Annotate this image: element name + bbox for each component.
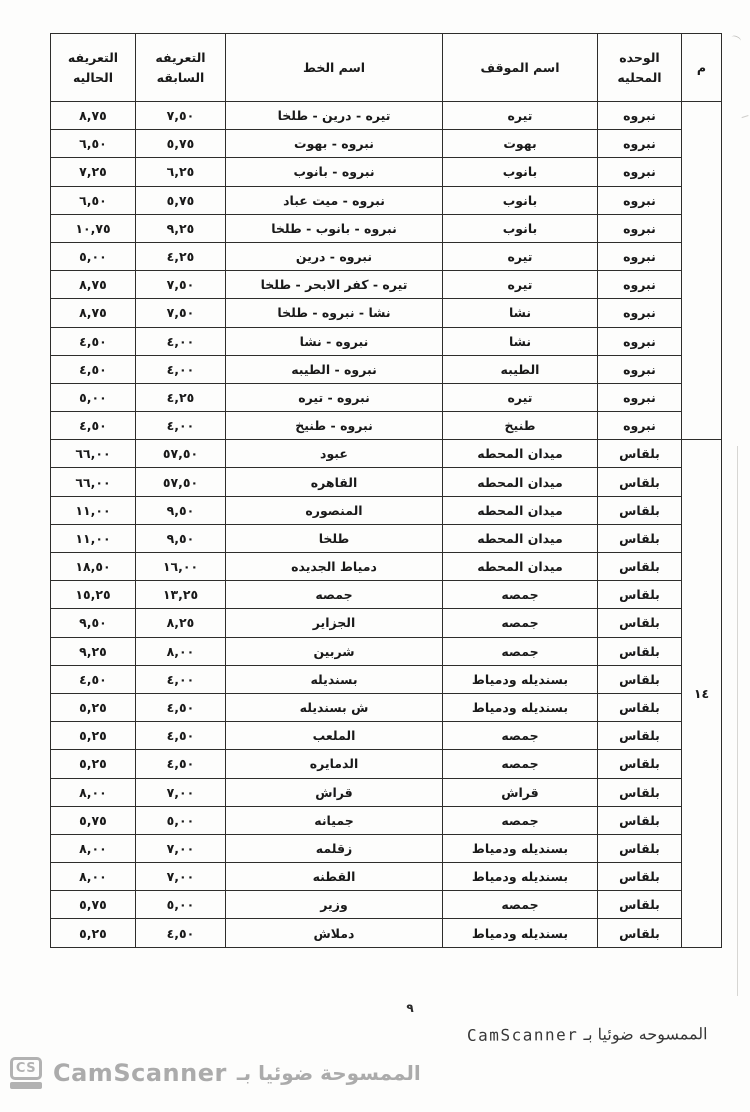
table-row: بلقاسميدان المحطهالمنصوره٩,٥٠١١,٠٠ bbox=[51, 496, 722, 524]
cell-line-name: نبروه - نشا bbox=[226, 327, 443, 355]
cell-local-unit: بلقاس bbox=[598, 722, 682, 750]
cs-logo-base bbox=[10, 1082, 42, 1089]
table-row: بلقاسجمصهشربين٨,٠٠٩,٢٥ bbox=[51, 637, 722, 665]
tariff-table: م الوحده المحليه اسم الموقف اسم الخط الت… bbox=[50, 33, 722, 948]
cell-current-tariff: ٥,٢٥ bbox=[51, 750, 136, 778]
cell-previous-tariff: ٤,٠٠ bbox=[136, 412, 226, 440]
cell-line-name: نبروه - بانوب - طلخا bbox=[226, 214, 443, 242]
header-local-unit: الوحده المحليه bbox=[598, 34, 682, 102]
cell-line-name: الجزاير bbox=[226, 609, 443, 637]
cell-previous-tariff: ٩,٥٠ bbox=[136, 524, 226, 552]
cell-line-name: شربين bbox=[226, 637, 443, 665]
cell-line-name: نبروه - ميت عباد bbox=[226, 186, 443, 214]
header-index: م bbox=[682, 34, 722, 102]
table-header-row: م الوحده المحليه اسم الموقف اسم الخط الت… bbox=[51, 34, 722, 102]
cell-stop-name: الطيبه bbox=[443, 355, 598, 383]
handwritten-arabic-text: الممسوحه ضوئيا بـ bbox=[584, 1024, 708, 1044]
cell-current-tariff: ٨,٠٠ bbox=[51, 778, 136, 806]
cell-previous-tariff: ٤,٥٠ bbox=[136, 750, 226, 778]
cell-previous-tariff: ٤,٢٥ bbox=[136, 242, 226, 270]
table-row: نبروهبهوتنبروه - بهوت٥,٧٥٦,٥٠ bbox=[51, 130, 722, 158]
cell-current-tariff: ٨,٠٠ bbox=[51, 863, 136, 891]
cell-local-unit: نبروه bbox=[598, 186, 682, 214]
cell-current-tariff: ١٨,٥٠ bbox=[51, 553, 136, 581]
table-row: بلقاسبسنديله ودمياطبسنديله٤,٠٠٤,٥٠ bbox=[51, 665, 722, 693]
cell-line-name: تيره - درين - طلخا bbox=[226, 102, 443, 130]
cell-current-tariff: ٥,٠٠ bbox=[51, 383, 136, 411]
handwritten-watermark: الممسوحه ضوئيا بـ CamScanner bbox=[467, 1024, 708, 1045]
cell-line-name: نبروه - بهوت bbox=[226, 130, 443, 158]
cell-stop-name: تيره bbox=[443, 242, 598, 270]
cell-stop-name: ميدان المحطه bbox=[443, 496, 598, 524]
cell-previous-tariff: ٥٧,٥٠ bbox=[136, 440, 226, 468]
cell-line-name: دمياط الجديده bbox=[226, 553, 443, 581]
cell-local-unit: بلقاس bbox=[598, 524, 682, 552]
cell-local-unit: نبروه bbox=[598, 355, 682, 383]
cell-current-tariff: ٥,٢٥ bbox=[51, 722, 136, 750]
cell-stop-name: تيره bbox=[443, 383, 598, 411]
table-row: نبروهالطيبهنبروه - الطيبه٤,٠٠٤,٥٠ bbox=[51, 355, 722, 383]
cell-current-tariff: ٤,٥٠ bbox=[51, 665, 136, 693]
cell-stop-name: جمصه bbox=[443, 750, 598, 778]
cell-line-name: بسنديله bbox=[226, 665, 443, 693]
cell-line-name: المنصوره bbox=[226, 496, 443, 524]
cell-current-tariff: ٥,٠٠ bbox=[51, 242, 136, 270]
cell-line-name: الملعب bbox=[226, 722, 443, 750]
cell-current-tariff: ٤,٥٠ bbox=[51, 327, 136, 355]
cell-stop-name: بسنديله ودمياط bbox=[443, 665, 598, 693]
cell-line-name: دملاش bbox=[226, 919, 443, 947]
cell-current-tariff: ٨,٧٥ bbox=[51, 299, 136, 327]
cell-previous-tariff: ٤,٠٠ bbox=[136, 327, 226, 355]
header-line-name: اسم الخط bbox=[226, 34, 443, 102]
table-row: بلقاسبسنديله ودمياطالقطنه٧,٠٠٨,٠٠ bbox=[51, 863, 722, 891]
cell-stop-name: جمصه bbox=[443, 581, 598, 609]
cell-previous-tariff: ٩,٢٥ bbox=[136, 214, 226, 242]
cell-current-tariff: ٥,٧٥ bbox=[51, 891, 136, 919]
cell-local-unit: بلقاس bbox=[598, 496, 682, 524]
cell-local-unit: بلقاس bbox=[598, 637, 682, 665]
cell-line-name: طلخا bbox=[226, 524, 443, 552]
cell-local-unit: نبروه bbox=[598, 102, 682, 130]
cell-local-unit: نبروه bbox=[598, 412, 682, 440]
cell-stop-name: نشا bbox=[443, 299, 598, 327]
cell-local-unit: نبروه bbox=[598, 242, 682, 270]
cell-current-tariff: ٧,٢٥ bbox=[51, 158, 136, 186]
cell-stop-name: بسنديله ودمياط bbox=[443, 863, 598, 891]
cell-previous-tariff: ٧,٠٠ bbox=[136, 863, 226, 891]
cell-previous-tariff: ٤,٥٠ bbox=[136, 919, 226, 947]
table-row: بلقاسجمصهالدمايره٤,٥٠٥,٢٥ bbox=[51, 750, 722, 778]
cell-local-unit: بلقاس bbox=[598, 891, 682, 919]
cell-line-name: نبروه - تيره bbox=[226, 383, 443, 411]
table-row: بلقاسجمصهالملعب٤,٥٠٥,٢٥ bbox=[51, 722, 722, 750]
pencil-mark bbox=[730, 34, 742, 44]
cell-stop-name: طنيخ bbox=[443, 412, 598, 440]
cell-stop-name: بهوت bbox=[443, 130, 598, 158]
footer-arabic-text: الممسوحة ضوئيا بـ bbox=[237, 1061, 421, 1085]
table-row: نبروهتيرهتيره - درين - طلخا٧,٥٠٨,٧٥ bbox=[51, 102, 722, 130]
cell-stop-name: جمصه bbox=[443, 806, 598, 834]
cell-stop-name: تيره bbox=[443, 271, 598, 299]
table-row: بلقاسجمصهجمصه١٣,٢٥١٥,٢٥ bbox=[51, 581, 722, 609]
cell-stop-name: جمصه bbox=[443, 891, 598, 919]
table-row: بلقاسجمصهالجزاير٨,٢٥٩,٥٠ bbox=[51, 609, 722, 637]
table-row: نبروهتيرهنبروه - تيره٤,٢٥٥,٠٠ bbox=[51, 383, 722, 411]
cell-stop-name: ميدان المحطه bbox=[443, 468, 598, 496]
cell-local-unit: نبروه bbox=[598, 271, 682, 299]
cell-previous-tariff: ٧,٥٠ bbox=[136, 271, 226, 299]
table-row: نبروهتيرهنبروه - درين٤,٢٥٥,٠٠ bbox=[51, 242, 722, 270]
table-row: نبروهنشانشا - نبروه - طلخا٧,٥٠٨,٧٥ bbox=[51, 299, 722, 327]
cell-section-index bbox=[682, 102, 722, 440]
cell-line-name: نبروه - درين bbox=[226, 242, 443, 270]
cell-local-unit: نبروه bbox=[598, 214, 682, 242]
cell-current-tariff: ١٠,٧٥ bbox=[51, 214, 136, 242]
table-row: بلقاسقراشقراش٧,٠٠٨,٠٠ bbox=[51, 778, 722, 806]
header-stop-name: اسم الموقف bbox=[443, 34, 598, 102]
cell-line-name: نشا - نبروه - طلخا bbox=[226, 299, 443, 327]
cell-previous-tariff: ٥٧,٥٠ bbox=[136, 468, 226, 496]
cell-local-unit: بلقاس bbox=[598, 806, 682, 834]
cell-previous-tariff: ٥,٧٥ bbox=[136, 130, 226, 158]
cell-current-tariff: ٨,٧٥ bbox=[51, 271, 136, 299]
cell-previous-tariff: ٨,٠٠ bbox=[136, 637, 226, 665]
cell-current-tariff: ٦,٥٠ bbox=[51, 130, 136, 158]
scanned-document-page: م الوحده المحليه اسم الموقف اسم الخط الت… bbox=[0, 0, 750, 1112]
cell-local-unit: بلقاس bbox=[598, 919, 682, 947]
table-row: بلقاسميدان المحطهطلخا٩,٥٠١١,٠٠ bbox=[51, 524, 722, 552]
cell-stop-name: ميدان المحطه bbox=[443, 553, 598, 581]
cell-current-tariff: ١١,٠٠ bbox=[51, 496, 136, 524]
cell-line-name: عبود bbox=[226, 440, 443, 468]
cell-current-tariff: ٤,٥٠ bbox=[51, 355, 136, 383]
cell-line-name: جمصه bbox=[226, 581, 443, 609]
cell-local-unit: بلقاس bbox=[598, 609, 682, 637]
cell-previous-tariff: ٦,٢٥ bbox=[136, 158, 226, 186]
table-row: بلقاسبسنديله ودمياطدملاش٤,٥٠٥,٢٥ bbox=[51, 919, 722, 947]
cell-stop-name: جمصه bbox=[443, 609, 598, 637]
cs-logo-text: CS bbox=[10, 1057, 42, 1080]
cell-stop-name: بسنديله ودمياط bbox=[443, 919, 598, 947]
cell-line-name: نبروه - بانوب bbox=[226, 158, 443, 186]
header-previous-tariff: التعريفه السابقه bbox=[136, 34, 226, 102]
cell-previous-tariff: ٤,٥٠ bbox=[136, 722, 226, 750]
cell-stop-name: بانوب bbox=[443, 158, 598, 186]
table-row: بلقاسبسنديله ودمياطش بسنديله٤,٥٠٥,٢٥ bbox=[51, 693, 722, 721]
cell-line-name: ش بسنديله bbox=[226, 693, 443, 721]
cell-previous-tariff: ٧,٥٠ bbox=[136, 102, 226, 130]
cell-local-unit: نبروه bbox=[598, 327, 682, 355]
cell-current-tariff: ٨,٧٥ bbox=[51, 102, 136, 130]
cell-local-unit: بلقاس bbox=[598, 778, 682, 806]
cell-local-unit: بلقاس bbox=[598, 863, 682, 891]
cell-line-name: وزير bbox=[226, 891, 443, 919]
cell-stop-name: بسنديله ودمياط bbox=[443, 693, 598, 721]
cell-line-name: القطنه bbox=[226, 863, 443, 891]
page-number: ٩ bbox=[402, 1001, 418, 1015]
cell-previous-tariff: ٥,٠٠ bbox=[136, 806, 226, 834]
table-row: بلقاسميدان المحطهدمياط الجديده١٦,٠٠١٨,٥٠ bbox=[51, 553, 722, 581]
cell-current-tariff: ٨,٠٠ bbox=[51, 834, 136, 862]
cell-stop-name: جمصه bbox=[443, 722, 598, 750]
cell-line-name: نبروه - طنيخ bbox=[226, 412, 443, 440]
header-current-tariff: التعريفه الحاليه bbox=[51, 34, 136, 102]
table-row: نبروهنشانبروه - نشا٤,٠٠٤,٥٠ bbox=[51, 327, 722, 355]
cell-previous-tariff: ٧,٠٠ bbox=[136, 778, 226, 806]
cell-current-tariff: ٥,٢٥ bbox=[51, 919, 136, 947]
cell-previous-tariff: ٧,٥٠ bbox=[136, 299, 226, 327]
cell-previous-tariff: ١٣,٢٥ bbox=[136, 581, 226, 609]
table-row: ١٤بلقاسميدان المحطهعبود٥٧,٥٠٦٦,٠٠ bbox=[51, 440, 722, 468]
cell-current-tariff: ٦,٥٠ bbox=[51, 186, 136, 214]
table-row: نبروهتيرهتيره - كفر الابحر - طلخا٧,٥٠٨,٧… bbox=[51, 271, 722, 299]
pencil-mark bbox=[742, 115, 750, 121]
cell-current-tariff: ٦٦,٠٠ bbox=[51, 440, 136, 468]
cell-stop-name: قراش bbox=[443, 778, 598, 806]
cell-stop-name: ميدان المحطه bbox=[443, 524, 598, 552]
cell-previous-tariff: ٩,٥٠ bbox=[136, 496, 226, 524]
table-row: نبروهبانوبنبروه - ميت عباد٥,٧٥٦,٥٠ bbox=[51, 186, 722, 214]
cell-line-name: زقلمه bbox=[226, 834, 443, 862]
table-row: بلقاسبسنديله ودمياطزقلمه٧,٠٠٨,٠٠ bbox=[51, 834, 722, 862]
cell-local-unit: نبروه bbox=[598, 299, 682, 327]
cell-local-unit: نبروه bbox=[598, 130, 682, 158]
cell-local-unit: بلقاس bbox=[598, 468, 682, 496]
cell-stop-name: تيره bbox=[443, 102, 598, 130]
cell-stop-name: بانوب bbox=[443, 186, 598, 214]
cell-current-tariff: ٦٦,٠٠ bbox=[51, 468, 136, 496]
cell-previous-tariff: ٥,٧٥ bbox=[136, 186, 226, 214]
cell-line-name: نبروه - الطيبه bbox=[226, 355, 443, 383]
table-row: نبروهبانوبنبروه - بانوب٦,٢٥٧,٢٥ bbox=[51, 158, 722, 186]
cell-local-unit: بلقاس bbox=[598, 834, 682, 862]
camscanner-footer: CS CamScanner الممسوحة ضوئيا بـ bbox=[9, 1057, 423, 1089]
cell-line-name: الدمايره bbox=[226, 750, 443, 778]
cell-previous-tariff: ٥,٠٠ bbox=[136, 891, 226, 919]
cell-local-unit: بلقاس bbox=[598, 581, 682, 609]
scan-edge-artifact bbox=[737, 446, 738, 996]
cell-local-unit: نبروه bbox=[598, 158, 682, 186]
cell-current-tariff: ٩,٢٥ bbox=[51, 637, 136, 665]
table-row: نبروهبانوبنبروه - بانوب - طلخا٩,٢٥١٠,٧٥ bbox=[51, 214, 722, 242]
cell-previous-tariff: ٤,٢٥ bbox=[136, 383, 226, 411]
cell-local-unit: بلقاس bbox=[598, 693, 682, 721]
handwritten-camscanner-text: CamScanner bbox=[467, 1025, 578, 1045]
cell-previous-tariff: ٧,٠٠ bbox=[136, 834, 226, 862]
cell-line-name: القاهره bbox=[226, 468, 443, 496]
cell-previous-tariff: ٨,٢٥ bbox=[136, 609, 226, 637]
cell-current-tariff: ٥,٢٥ bbox=[51, 693, 136, 721]
cell-section-index: ١٤ bbox=[682, 440, 722, 947]
cell-line-name: قراش bbox=[226, 778, 443, 806]
cell-current-tariff: ٩,٥٠ bbox=[51, 609, 136, 637]
cell-current-tariff: ٤,٥٠ bbox=[51, 412, 136, 440]
cell-stop-name: بسنديله ودمياط bbox=[443, 834, 598, 862]
cell-current-tariff: ١٥,٢٥ bbox=[51, 581, 136, 609]
cell-line-name: تيره - كفر الابحر - طلخا bbox=[226, 271, 443, 299]
footer-brand-text: CamScanner bbox=[53, 1059, 227, 1087]
cell-local-unit: بلقاس bbox=[598, 440, 682, 468]
cell-previous-tariff: ٤,٠٠ bbox=[136, 355, 226, 383]
cell-local-unit: بلقاس bbox=[598, 750, 682, 778]
table-row: بلقاسميدان المحطهالقاهره٥٧,٥٠٦٦,٠٠ bbox=[51, 468, 722, 496]
camscanner-logo-icon: CS bbox=[9, 1057, 43, 1089]
table-row: بلقاسجمصهجميانه٥,٠٠٥,٧٥ bbox=[51, 806, 722, 834]
cell-previous-tariff: ٤,٥٠ bbox=[136, 693, 226, 721]
cell-previous-tariff: ١٦,٠٠ bbox=[136, 553, 226, 581]
cell-current-tariff: ١١,٠٠ bbox=[51, 524, 136, 552]
cell-current-tariff: ٥,٧٥ bbox=[51, 806, 136, 834]
table-row: بلقاسجمصهوزير٥,٠٠٥,٧٥ bbox=[51, 891, 722, 919]
cell-previous-tariff: ٤,٠٠ bbox=[136, 665, 226, 693]
cell-local-unit: نبروه bbox=[598, 383, 682, 411]
cell-line-name: جميانه bbox=[226, 806, 443, 834]
cell-stop-name: جمصه bbox=[443, 637, 598, 665]
cell-local-unit: بلقاس bbox=[598, 553, 682, 581]
cell-stop-name: ميدان المحطه bbox=[443, 440, 598, 468]
cell-stop-name: نشا bbox=[443, 327, 598, 355]
cell-local-unit: بلقاس bbox=[598, 665, 682, 693]
cell-stop-name: بانوب bbox=[443, 214, 598, 242]
table-row: نبروهطنيخنبروه - طنيخ٤,٠٠٤,٥٠ bbox=[51, 412, 722, 440]
